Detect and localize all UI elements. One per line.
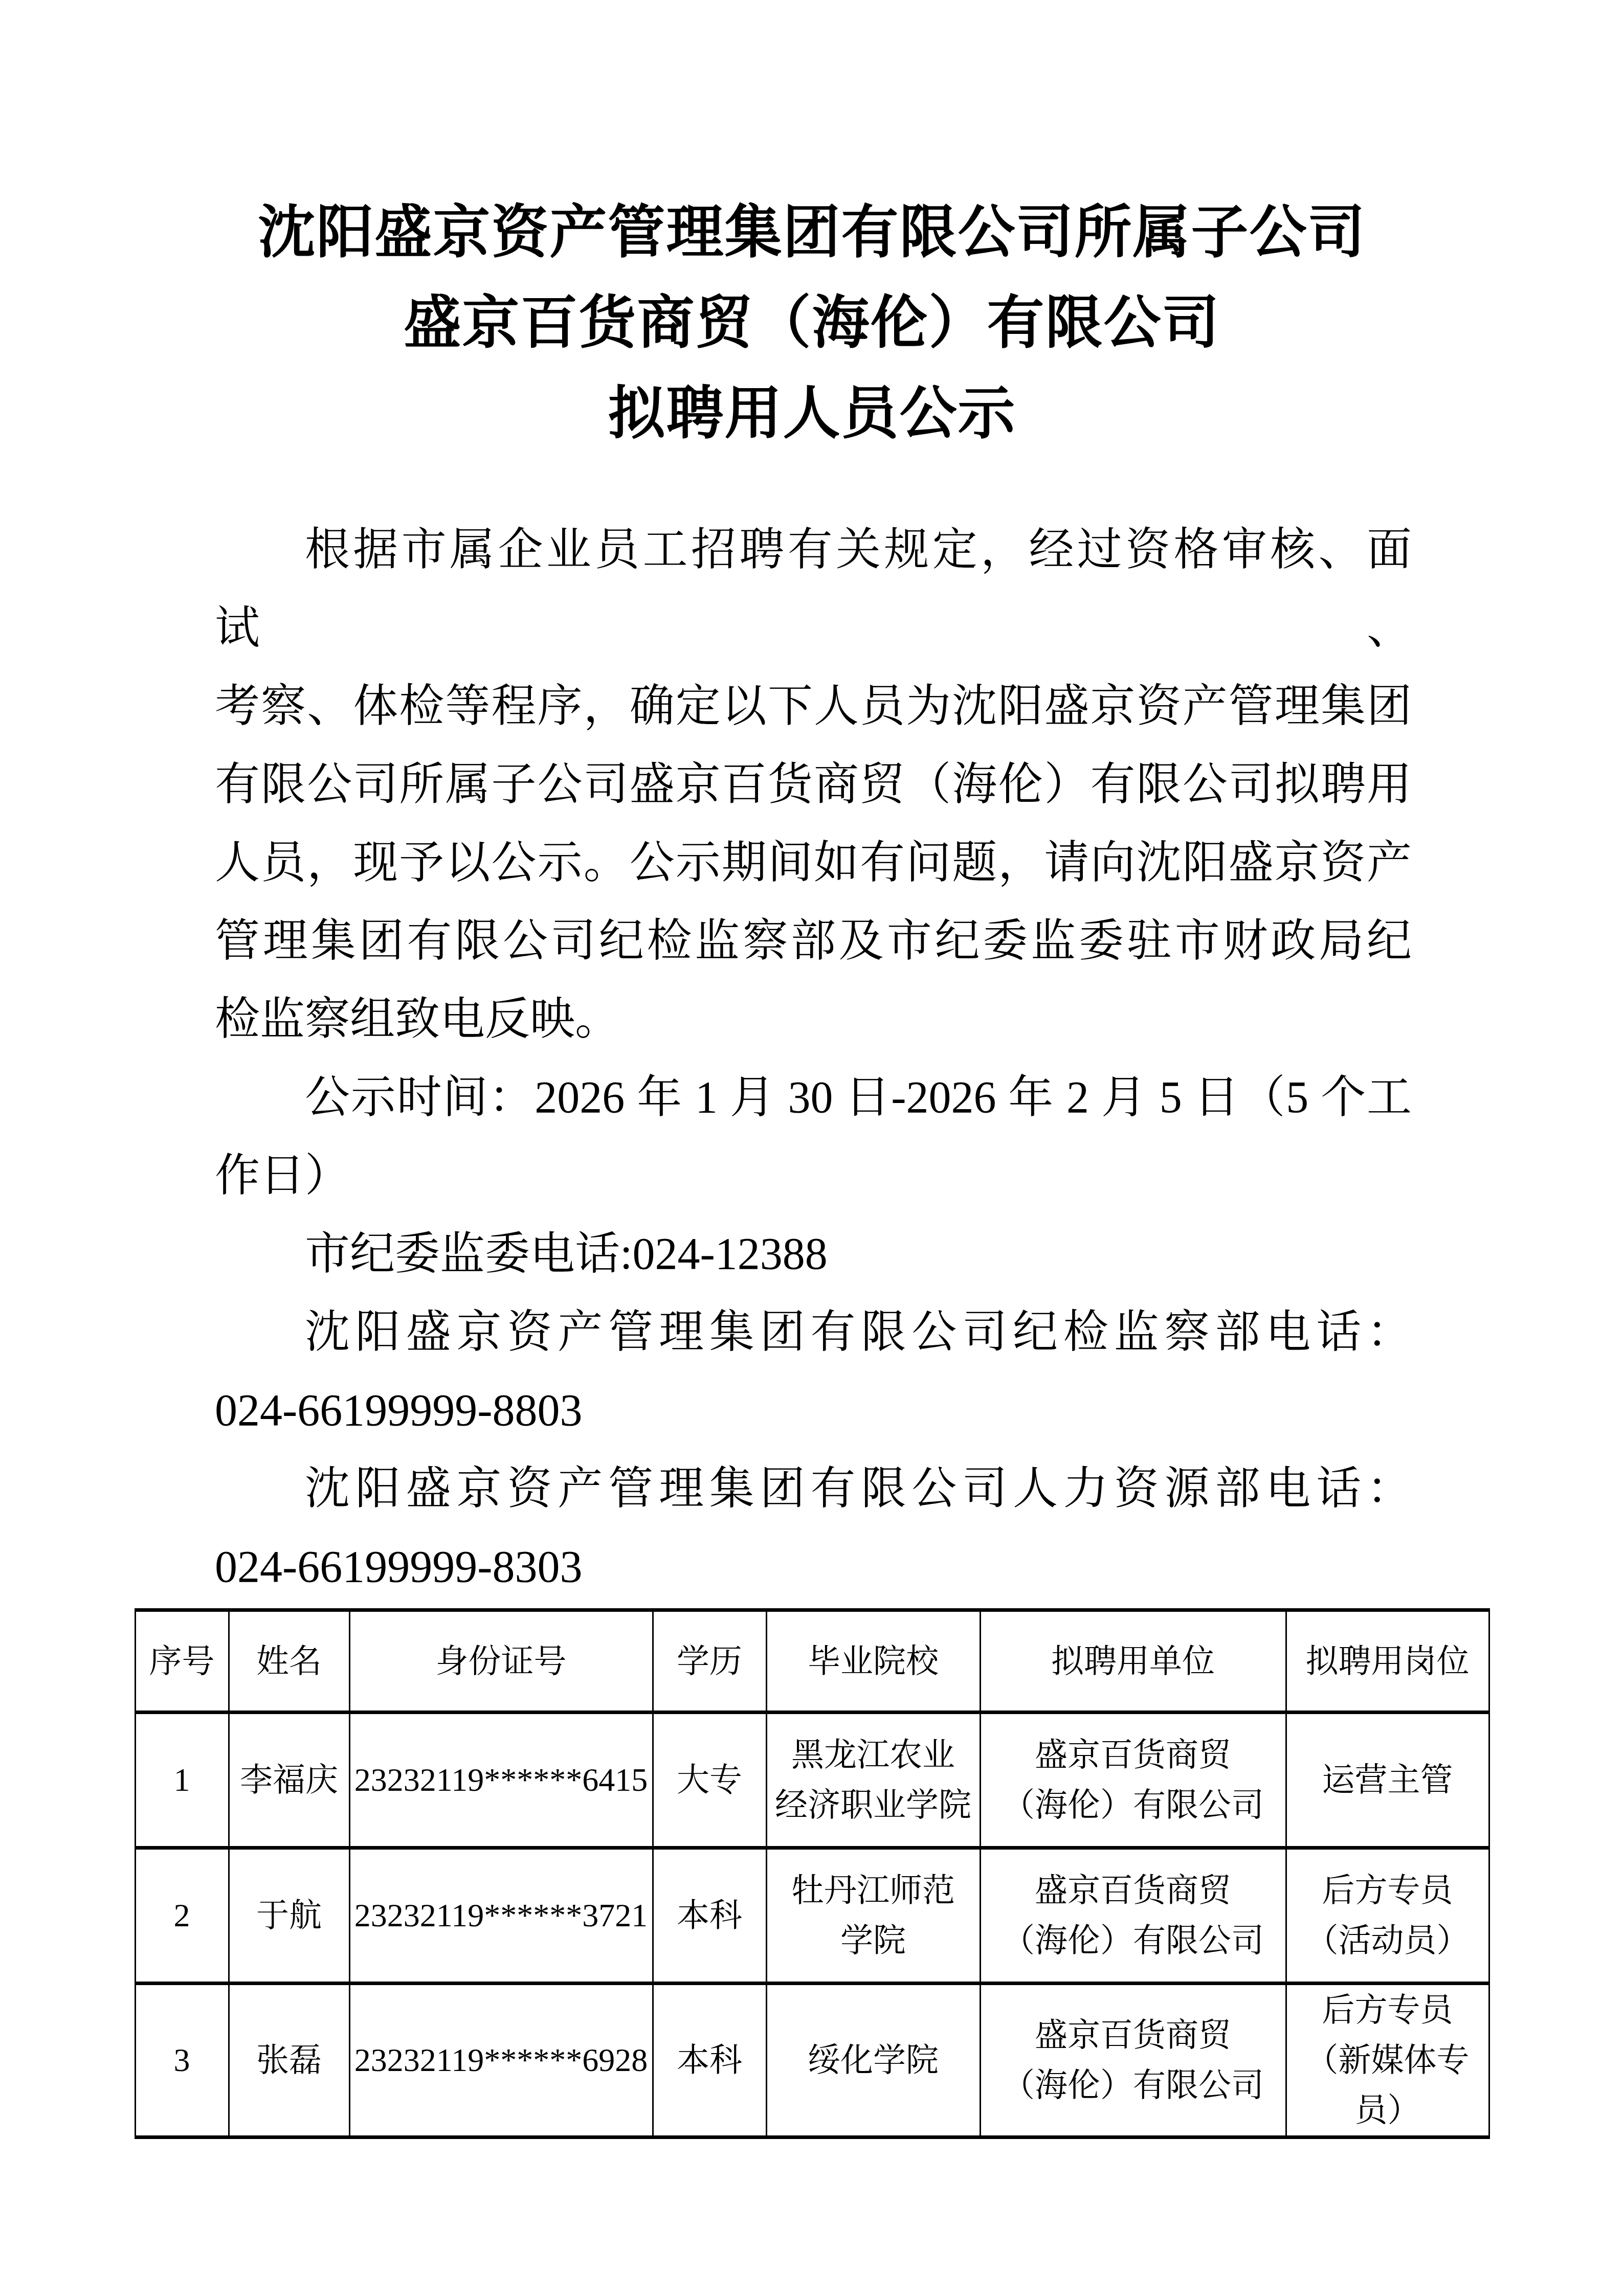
title-line-2: 盛京百货商贸（海伦）有限公司 [0,279,1624,369]
cell-education: 本科 [653,1984,766,2137]
cell-school: 绥化学院 [766,1984,980,2137]
body-text-line: 考察、体检等程序，确定以下人员为沈阳盛京资产管理集团 [215,667,1412,746]
cell-position: 后方专员 （活动员） [1286,1848,1489,1984]
header-cell-seq: 序号 [135,1610,229,1713]
cell-name: 张磊 [229,1984,349,2137]
hiring-table: 序号 姓名 身份证号 学历 毕业院校 拟聘用单位 拟聘用岗位 1 李福庆 232… [135,1608,1490,2139]
cell-school: 黑龙江农业 经济职业学院 [766,1713,980,1848]
header-cell-edu: 学历 [653,1610,766,1713]
document-title: 沈阳盛京资产管理集团有限公司所属子公司 盛京百货商贸（海伦）有限公司 拟聘用人员… [0,0,1624,460]
cell-seq: 2 [135,1848,229,1984]
body-text-line: 人员，现予以公示。公示期间如有问题，请向沈阳盛京资产 [215,824,1412,902]
cell-id-number: 23232119******3721 [349,1848,653,1984]
body-text-line: 检监察组致电反映。 [215,980,1412,1059]
header-cell-school: 毕业院校 [766,1610,980,1713]
announcement-page: 沈阳盛京资产管理集团有限公司所属子公司 盛京百货商贸（海伦）有限公司 拟聘用人员… [0,0,1624,2296]
cell-school: 牡丹江师范 学院 [766,1848,980,1984]
phone-number-hr-dept: 024-66199999-8303 [215,1528,1412,1606]
phone-line-discipline-committee: 市纪委监委电话:024-12388 [215,1215,1412,1293]
header-cell-name: 姓名 [229,1610,349,1713]
table-header-row: 序号 姓名 身份证号 学历 毕业院校 拟聘用单位 拟聘用岗位 [135,1610,1489,1713]
cell-position: 后方专员 （新媒体专员） [1286,1984,1489,2137]
cell-seq: 1 [135,1713,229,1848]
table-row: 1 李福庆 23232119******6415 大专 黑龙江农业 经济职业学院… [135,1713,1489,1848]
cell-id-number: 23232119******6415 [349,1713,653,1848]
cell-position: 运营主管 [1286,1713,1489,1848]
cell-id-number: 23232119******6928 [349,1984,653,2137]
cell-employer: 盛京百货商贸 （海伦）有限公司 [980,1713,1286,1848]
title-line-3: 拟聘用人员公示 [0,369,1624,460]
phone-line-hr-dept: 沈阳盛京资产管理集团有限公司人力资源部电话： [215,1450,1412,1528]
cell-name: 李福庆 [229,1713,349,1848]
header-cell-position: 拟聘用岗位 [1286,1610,1489,1713]
phone-number-inspection-dept: 024-66199999-8803 [215,1371,1412,1450]
cell-employer: 盛京百货商贸 （海伦）有限公司 [980,1848,1286,1984]
header-cell-employer: 拟聘用单位 [980,1610,1286,1713]
phone-line-inspection-dept: 沈阳盛京资产管理集团有限公司纪检监察部电话： [215,1293,1412,1371]
publicity-period-line: 公示时间：2026 年 1 月 30 日-2026 年 2 月 5 日（5 个工 [215,1059,1412,1137]
publicity-period-line: 作日） [215,1137,1412,1215]
cell-education: 本科 [653,1848,766,1984]
cell-employer: 盛京百货商贸 （海伦）有限公司 [980,1984,1286,2137]
body-text-line: 管理集团有限公司纪检监察部及市纪委监委驻市财政局纪 [215,902,1412,980]
cell-name: 于航 [229,1848,349,1984]
cell-seq: 3 [135,1984,229,2137]
body-text-line: 根据市属企业员工招聘有关规定，经过资格审核、面试、 [215,511,1412,667]
table-row: 2 于航 23232119******3721 本科 牡丹江师范 学院 盛京百货… [135,1848,1489,1984]
title-line-1: 沈阳盛京资产管理集团有限公司所属子公司 [0,188,1624,279]
table-row: 3 张磊 23232119******6928 本科 绥化学院 盛京百货商贸 （… [135,1984,1489,2137]
cell-education: 大专 [653,1713,766,1848]
body-text-line: 有限公司所属子公司盛京百货商贸（海伦）有限公司拟聘用 [215,746,1412,824]
body-text: 根据市属企业员工招聘有关规定，经过资格审核、面试、 考察、体检等程序，确定以下人… [215,511,1412,1606]
header-cell-id: 身份证号 [349,1610,653,1713]
